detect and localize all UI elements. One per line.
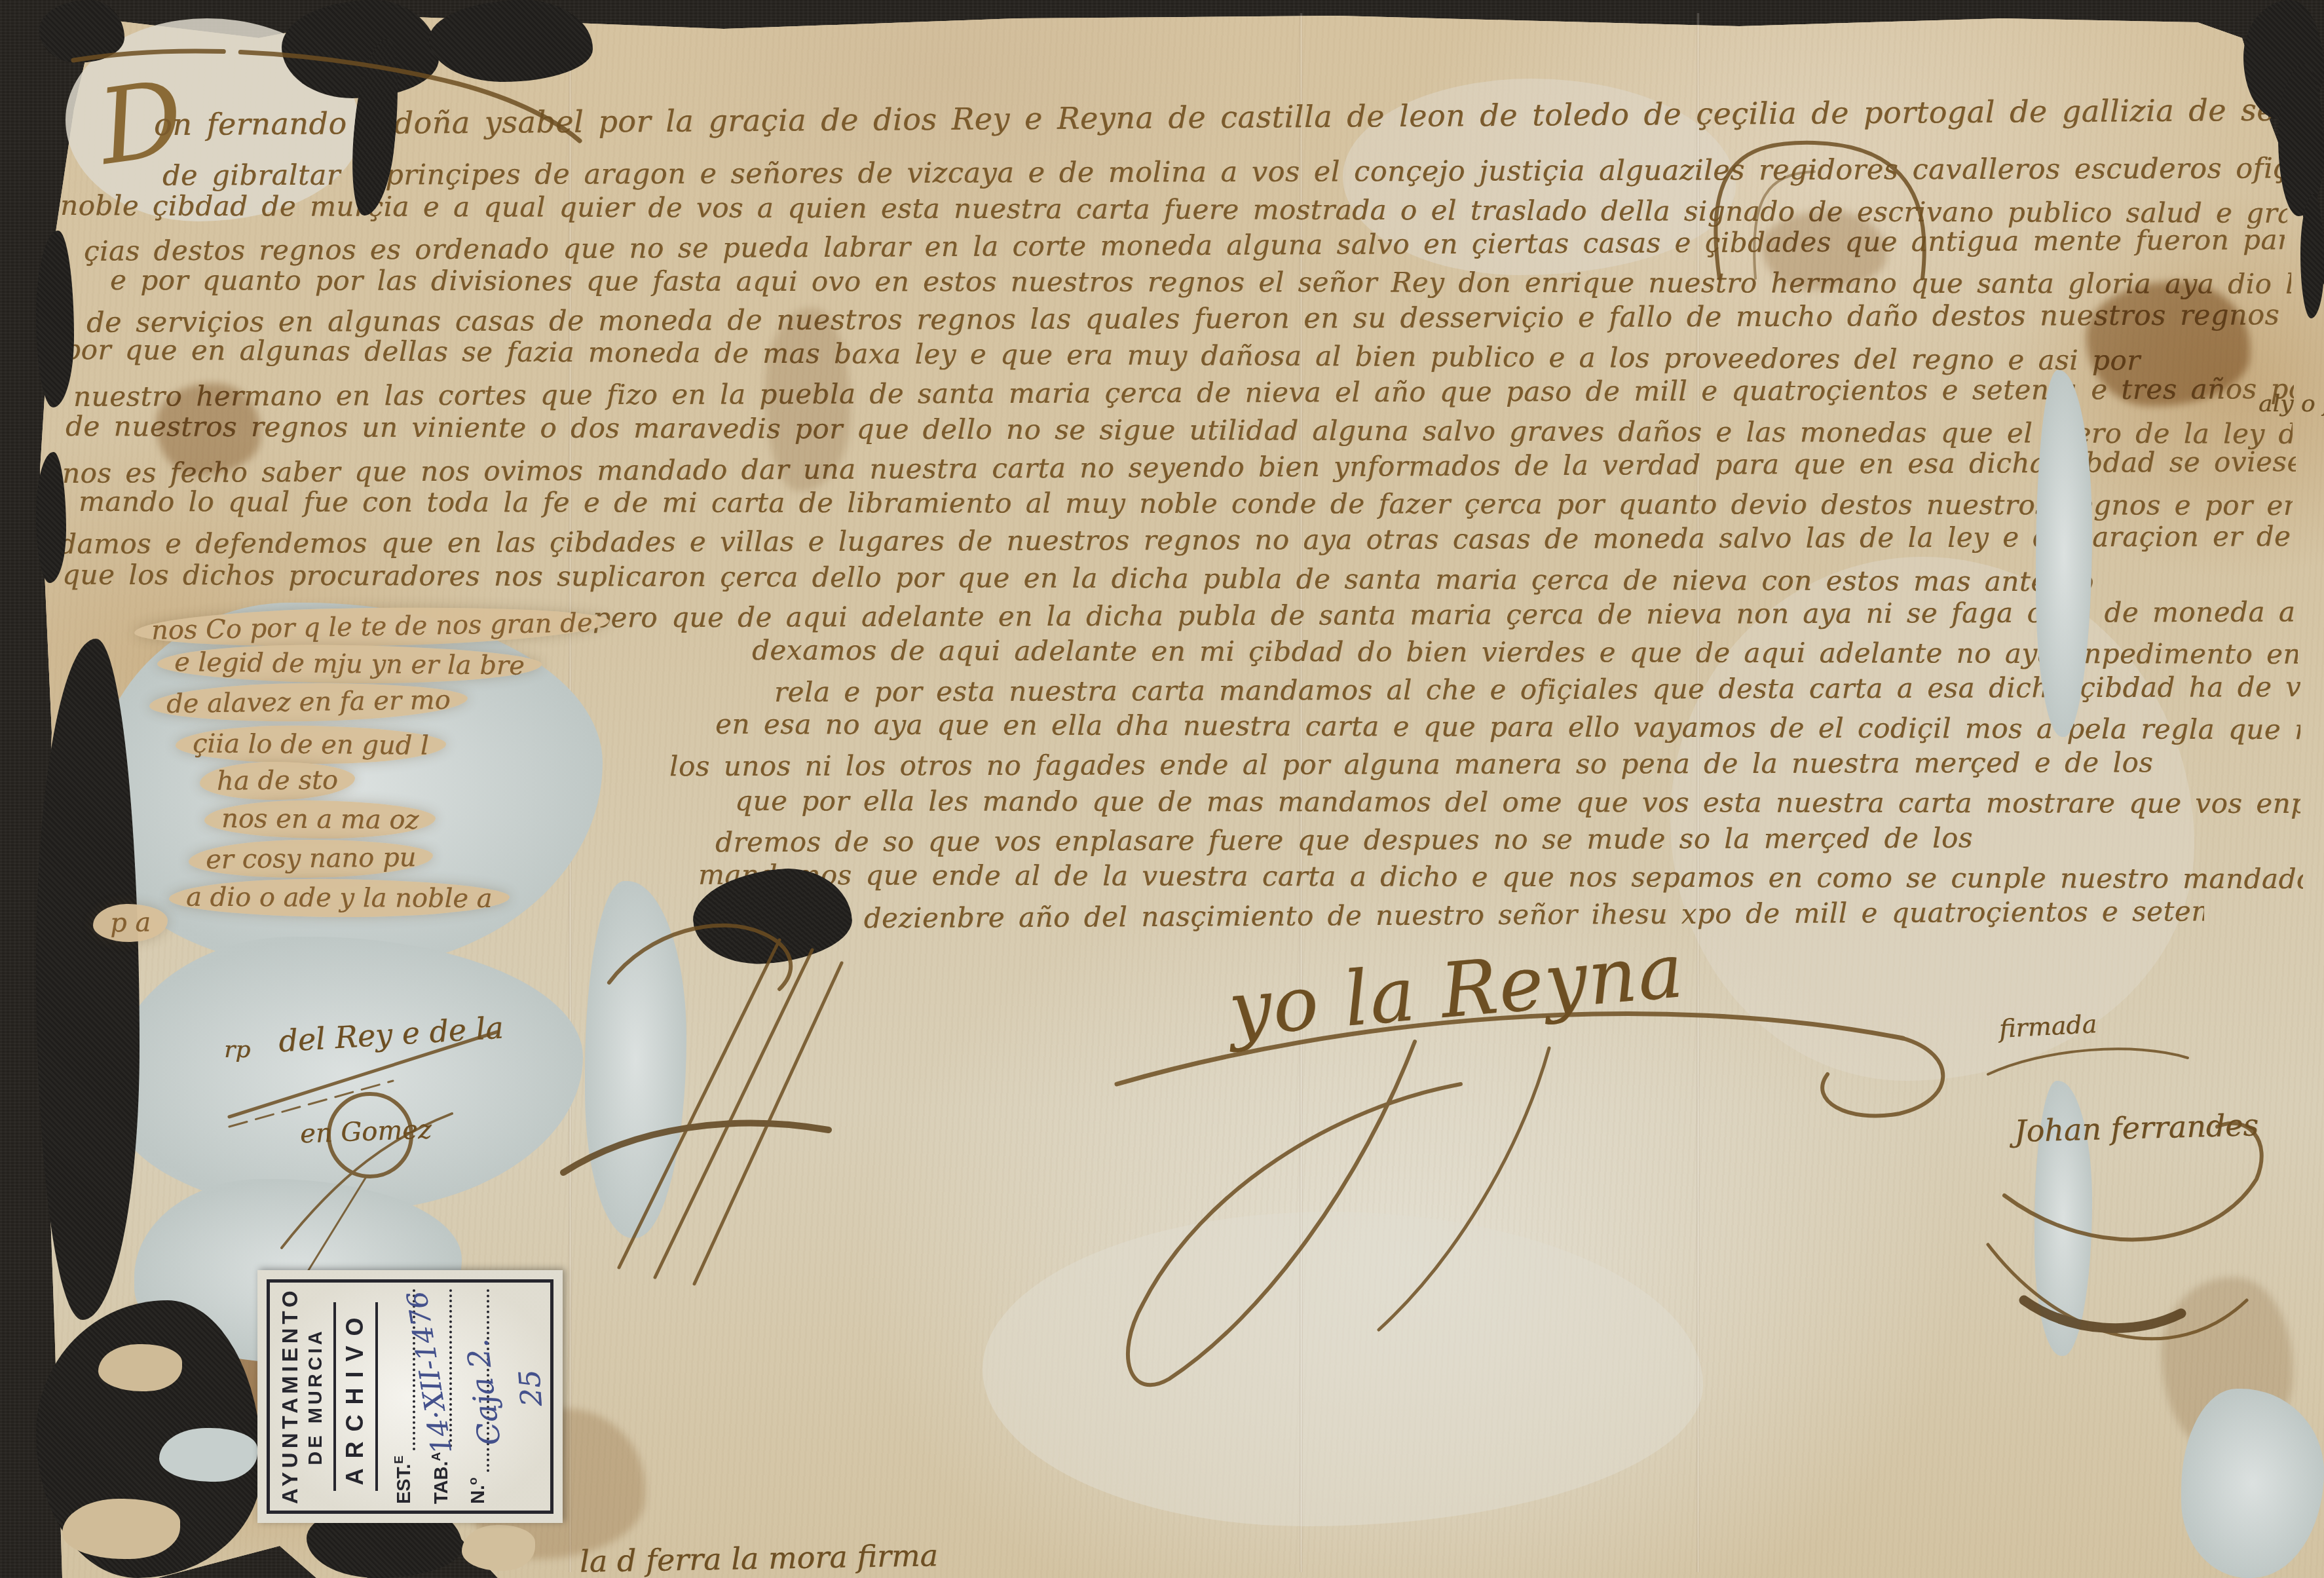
queen-signature-flourish	[1128, 1042, 1461, 1385]
queen-signature-flourish	[1822, 1038, 1943, 1116]
label-key-numero: N.o	[466, 1477, 489, 1504]
queen-signature-flourish	[1117, 1014, 1903, 1084]
chancery-stroke	[282, 1114, 452, 1248]
archive-label: AYUNTAMIENTO DE MURCIA ARCHIVO EST.E TAB…	[257, 1270, 563, 1523]
label-key-taba: TAB.A	[430, 1452, 453, 1504]
queen-signature-flourish	[1379, 1048, 1549, 1330]
label-key-base: EST.	[394, 1464, 415, 1504]
secretary-flourish	[1988, 1049, 2188, 1074]
photo-backdrop: { "manuscript": { "legibility": "15th-ce…	[0, 0, 2324, 1578]
label-title-line1: AYUNTAMIENTO	[278, 1289, 303, 1504]
archive-label-face: AYUNTAMIENTO DE MURCIA ARCHIVO EST.E TAB…	[257, 1270, 563, 1523]
pen-arch-flourish	[1715, 143, 1924, 278]
label-rule	[375, 1302, 378, 1492]
king-signature-flourish	[609, 926, 791, 989]
label-rule	[333, 1302, 336, 1492]
registry-rubric-circle	[329, 1094, 411, 1176]
label-key-base: N.	[468, 1485, 489, 1504]
chancery-stroke	[229, 1032, 498, 1117]
label-archivo: ARCHIVO	[341, 1289, 369, 1504]
king-signature-flourish	[655, 950, 812, 1277]
label-key-sup: E	[392, 1456, 406, 1464]
label-key-base: TAB.	[430, 1461, 451, 1504]
king-signature-flourish	[563, 1123, 829, 1173]
pen-arch-flourish-inner	[1754, 172, 1814, 278]
top-flourish-stroke	[73, 51, 580, 141]
label-key-este: EST.E	[392, 1456, 415, 1504]
chancery-stroke	[229, 1081, 393, 1127]
king-signature-flourish	[619, 940, 779, 1268]
label-key-sup: o	[466, 1477, 480, 1485]
label-title-line2: DE MURCIA	[305, 1289, 327, 1504]
label-value-numero: 25	[513, 1368, 549, 1407]
secretary-flourish	[2004, 1123, 2262, 1240]
